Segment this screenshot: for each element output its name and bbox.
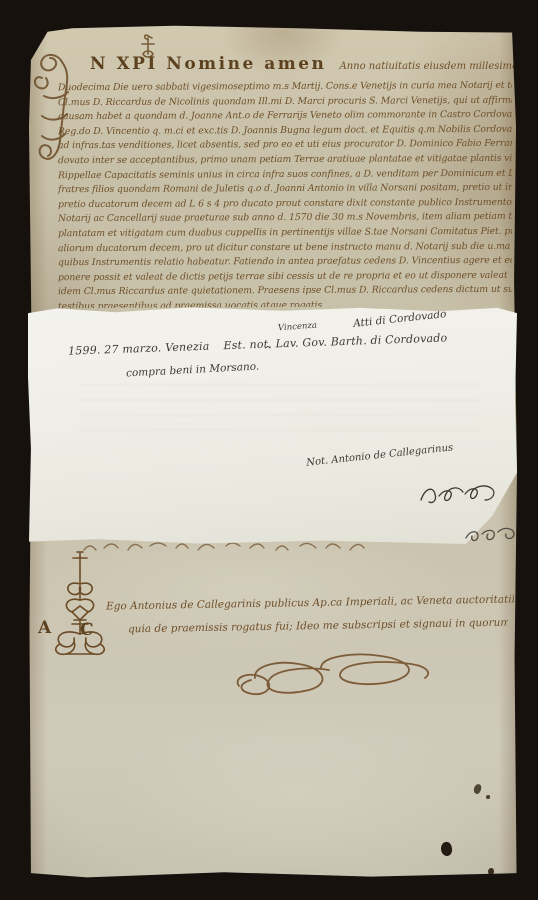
manuscript-line: fratres filios quondam Romani de Juletis… bbox=[58, 182, 512, 197]
notarial-letter-left: A bbox=[38, 618, 51, 638]
manuscript-line: idem Cl.mus Riccardus ante quietationem.… bbox=[58, 284, 512, 299]
photo-background: N XPI Nomine amen Anno natiuitatis eiusd… bbox=[0, 0, 538, 900]
eschatocol-line-1: Ego Antonius de Callegarinis publicus Ap… bbox=[106, 593, 514, 612]
slip-notary-line: Not. Antonio de Callegarinus bbox=[306, 442, 454, 468]
manuscript-line: quibus Instrumentis relatio habeatur. Fa… bbox=[58, 255, 512, 270]
slip-date-right: Est. not. Lav. Gov. Barth. di Cordovado bbox=[223, 331, 447, 352]
paper-slip: Atti di Cordovado Vincenza ^ 1599. 27 ma… bbox=[28, 306, 517, 544]
incipit-continuation: Anno natiuitatis eiusdem millesimo quing… bbox=[340, 61, 519, 72]
eschatocol-line-2: quia de praemissis rogatus fui; Ideo me … bbox=[128, 617, 508, 636]
manuscript-line: Notarij ac Cancellarij suae praeturae su… bbox=[58, 211, 512, 226]
showthrough-texture bbox=[80, 384, 480, 438]
manuscript-line-partially-covered: testibus praesentibus ad praemissa uocat… bbox=[58, 299, 512, 308]
manuscript-line: causam habet a quondam d. Joanne Ant.o d… bbox=[58, 109, 512, 124]
manuscript-line: Cl.mus D. Riccardus de Nicolinis quondam… bbox=[58, 95, 512, 110]
incipit-text: N XPI Nomine amen bbox=[90, 54, 326, 74]
slip-subject-line: compra beni in Morsano. bbox=[126, 361, 260, 380]
incipit-line: N XPI Nomine amen Anno natiuitatis eiusd… bbox=[90, 54, 518, 78]
ink-spot bbox=[486, 795, 490, 799]
notarial-letter-right: C bbox=[80, 620, 94, 640]
manuscript-line: ad infras.tas venditiones, licet absenti… bbox=[58, 138, 512, 153]
slip-date-line: 1599. 27 marzo. VeneziaEst. not. Lav. Go… bbox=[68, 331, 448, 357]
slip-insert-word: Vincenza bbox=[278, 321, 318, 334]
ink-spot bbox=[473, 783, 482, 794]
ink-spot bbox=[488, 868, 494, 875]
manuscript-line: aliorum ducatorum decem, pro ut dicitur … bbox=[58, 241, 512, 256]
archivist-annotation: Atti di Cordovado bbox=[353, 308, 447, 330]
notary-scribble-icon bbox=[415, 478, 500, 508]
signature-flourish-icon bbox=[225, 648, 440, 703]
manuscript-line: dovato inter se acceptantibus, primo una… bbox=[58, 153, 512, 168]
manuscript-line: pretio ducatorum decem ad L 6 s 4 pro du… bbox=[58, 197, 512, 212]
manuscript-line: ponere possit et valeat de dictis petijs… bbox=[58, 270, 512, 285]
manuscript-line: Reg.do D. Vincentio q. m.ci et exc.tis D… bbox=[58, 124, 512, 139]
manuscript-line: Duodecima Die uero sabbati vigesimosepti… bbox=[58, 80, 512, 95]
manuscript-line: plantatam et vitigatam cum duabus cuppel… bbox=[58, 226, 512, 241]
ink-spot bbox=[440, 841, 453, 857]
manuscript-line: Rippellae Capacitatis seminis unius in c… bbox=[58, 168, 512, 183]
notarial-sign-icon bbox=[40, 550, 112, 658]
partial-signature-scribble-icon bbox=[462, 522, 520, 546]
slip-date-left: 1599. 27 marzo. Venezia bbox=[68, 340, 210, 358]
